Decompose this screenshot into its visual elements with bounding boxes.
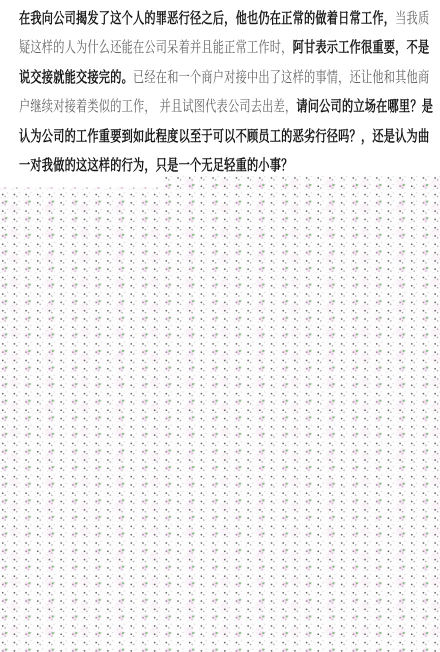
text-segment-regular: 疑这样的人为什么还能在公司呆着并且能正常工作时，: [19, 38, 293, 56]
text-segment-bold: 认为公司的工作重要到如此程度以至于可以不顾员工的恶劣行径吗？，还是认为曲: [19, 127, 429, 145]
text-segment-regular: 当我质: [395, 9, 429, 27]
text-line: 认为公司的工作重要到如此程度以至于可以不顾员工的恶劣行径吗？，还是认为曲: [19, 122, 433, 151]
text-segment-bold: 请问公司的立场在哪里？是: [296, 97, 433, 115]
text-segment-bold: 说交接就能交接完的。: [19, 68, 133, 86]
text-line: 说交接就能交接完的。已经在和一个商户对接中出了这样的事情，还让他和其他商: [19, 63, 433, 92]
text-line: 户继续对接着类似的工作， 并且试图代表公司去出差，请问公司的立场在哪里？是: [19, 92, 433, 121]
screenshot-root: 在我向公司揭发了这个人的罪恶行径之后，他也仍在正常的做着日常工作，当我质疑这样的…: [0, 0, 440, 652]
text-segment-bold: 一对我做的这这样的行为，只是一个无足轻重的小事？: [19, 156, 293, 174]
text-sheet: 在我向公司揭发了这个人的罪恶行径之后，他也仍在正常的做着日常工作，当我质疑这样的…: [0, 0, 440, 187]
text-line: 在我向公司揭发了这个人的罪恶行径之后，他也仍在正常的做着日常工作，当我质: [19, 4, 433, 33]
text-line: 疑这样的人为什么还能在公司呆着并且能正常工作时，阿甘表示工作很重要，不是: [19, 33, 433, 62]
text-segment-bold: 在我向公司揭发了这个人的罪恶行径之后，他也仍在正常的做着日常工作，: [19, 9, 395, 27]
complaint-paragraph: 在我向公司揭发了这个人的罪恶行径之后，他也仍在正常的做着日常工作，当我质疑这样的…: [19, 4, 433, 180]
text-segment-regular: 已经在和一个商户对接中出了这样的事情，还让他和其他商: [133, 68, 429, 86]
text-segment-bold: 阿甘表示工作很重要，不是: [293, 38, 430, 56]
text-segment-regular: 户继续对接着类似的工作， 并且试图代表公司去出差，: [19, 97, 296, 115]
